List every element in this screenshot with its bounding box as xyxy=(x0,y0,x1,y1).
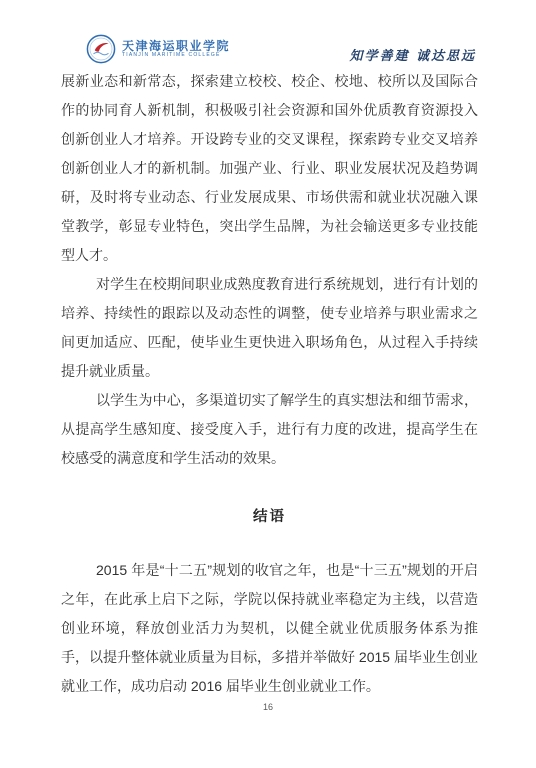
closing-paragraph: 2015 年是“十二五”规划的收官之年，也是“十三五”规划的开启之年，在此承上启… xyxy=(61,556,478,701)
college-emblem-icon xyxy=(86,34,116,64)
document-body: 展新业态和新常态，探索建立校校、校企、校地、校所以及国际合作的协同育人新机制，积… xyxy=(61,67,478,701)
college-name: 天津海运职业学院 TIANJIN MARITIME COLLEGE xyxy=(122,40,230,59)
body-paragraph: 对学生在校期间职业成熟度教育进行系统规划，进行有计划的培养、持续性的跟踪以及动态… xyxy=(61,270,478,386)
body-paragraph: 展新业态和新常态，探索建立校校、校企、校地、校所以及国际合作的协同育人新机制，积… xyxy=(61,67,478,270)
college-logo: 天津海运职业学院 TIANJIN MARITIME COLLEGE xyxy=(86,34,230,64)
document-page: 天津海运职业学院 TIANJIN MARITIME COLLEGE 知学善建 诚… xyxy=(0,0,536,768)
college-name-en: TIANJIN MARITIME COLLEGE xyxy=(122,53,230,59)
page-footer: 16 xyxy=(0,702,536,712)
college-motto: 知学善建 诚达思远 xyxy=(349,45,476,64)
section-heading: 结语 xyxy=(61,503,478,532)
page-header: 天津海运职业学院 TIANJIN MARITIME COLLEGE 知学善建 诚… xyxy=(60,30,476,66)
body-paragraph: 以学生为中心，多渠道切实了解学生的真实想法和细节需求，从提高学生感知度、接受度入… xyxy=(61,386,478,473)
page-number: 16 xyxy=(263,702,273,712)
college-name-cn: 天津海运职业学院 xyxy=(122,40,230,53)
